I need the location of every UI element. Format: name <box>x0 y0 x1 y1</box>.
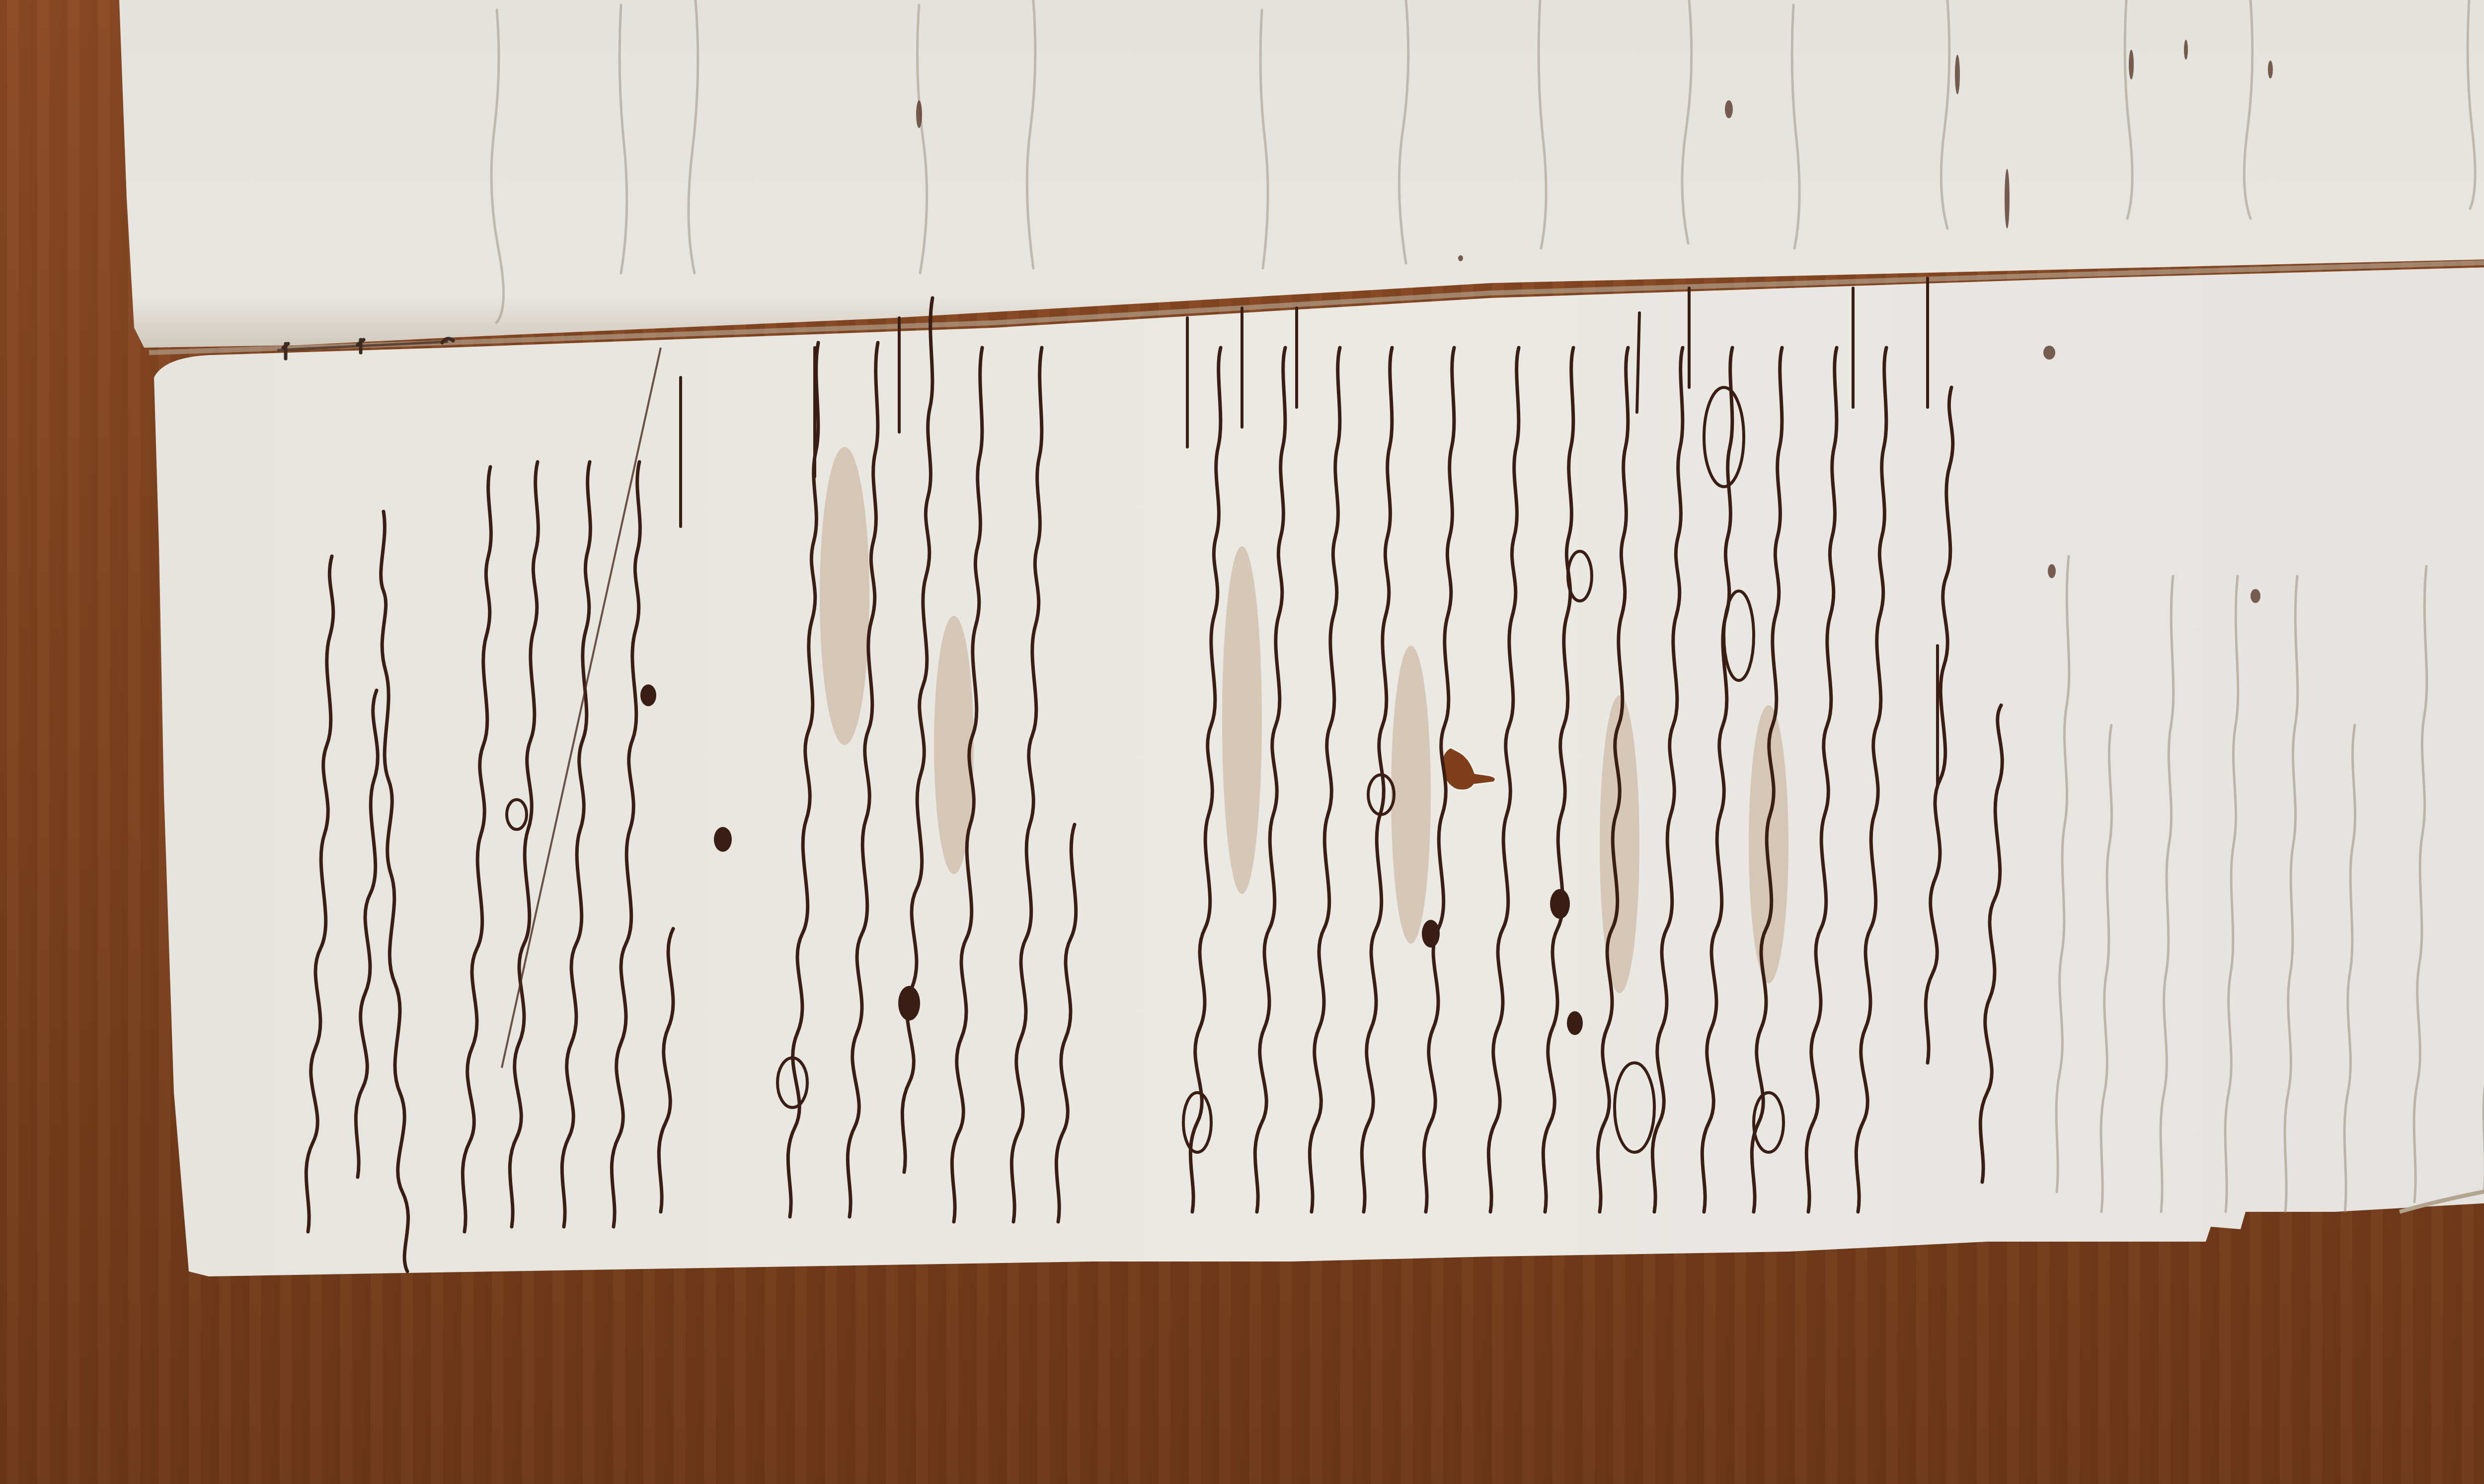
lower-sheet <box>0 0 2484 1484</box>
